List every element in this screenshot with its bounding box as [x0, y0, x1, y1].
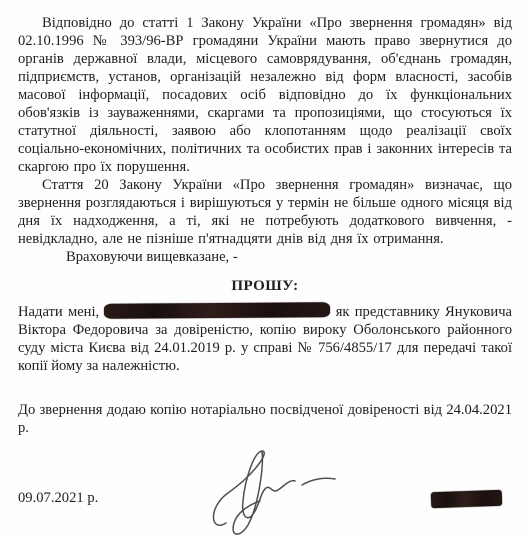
- considering-line: Враховуючи вищевказане, -: [18, 248, 512, 266]
- request-intro-text: Надати мені,: [18, 304, 99, 320]
- request-paragraph: Надати мені, як представнику Януковича В…: [18, 303, 512, 375]
- document-page: Відповідно до статті 1 Закону України «П…: [0, 0, 529, 535]
- paragraph-article-20: Стаття 20 Закону України «Про звернення …: [18, 176, 512, 248]
- request-heading: ПРОШУ:: [18, 278, 512, 295]
- handwritten-signature: [198, 445, 348, 535]
- redacted-stamp: [431, 490, 503, 508]
- redacted-name: [104, 302, 330, 319]
- attachment-paragraph: До звернення додаю копію нотаріально пос…: [18, 401, 512, 437]
- signature-block: 09.07.2021 р.: [18, 443, 512, 535]
- date-text: 09.07.2021 р.: [18, 489, 98, 507]
- paragraph-legal-basis: Відповідно до статті 1 Закону України «П…: [18, 14, 512, 176]
